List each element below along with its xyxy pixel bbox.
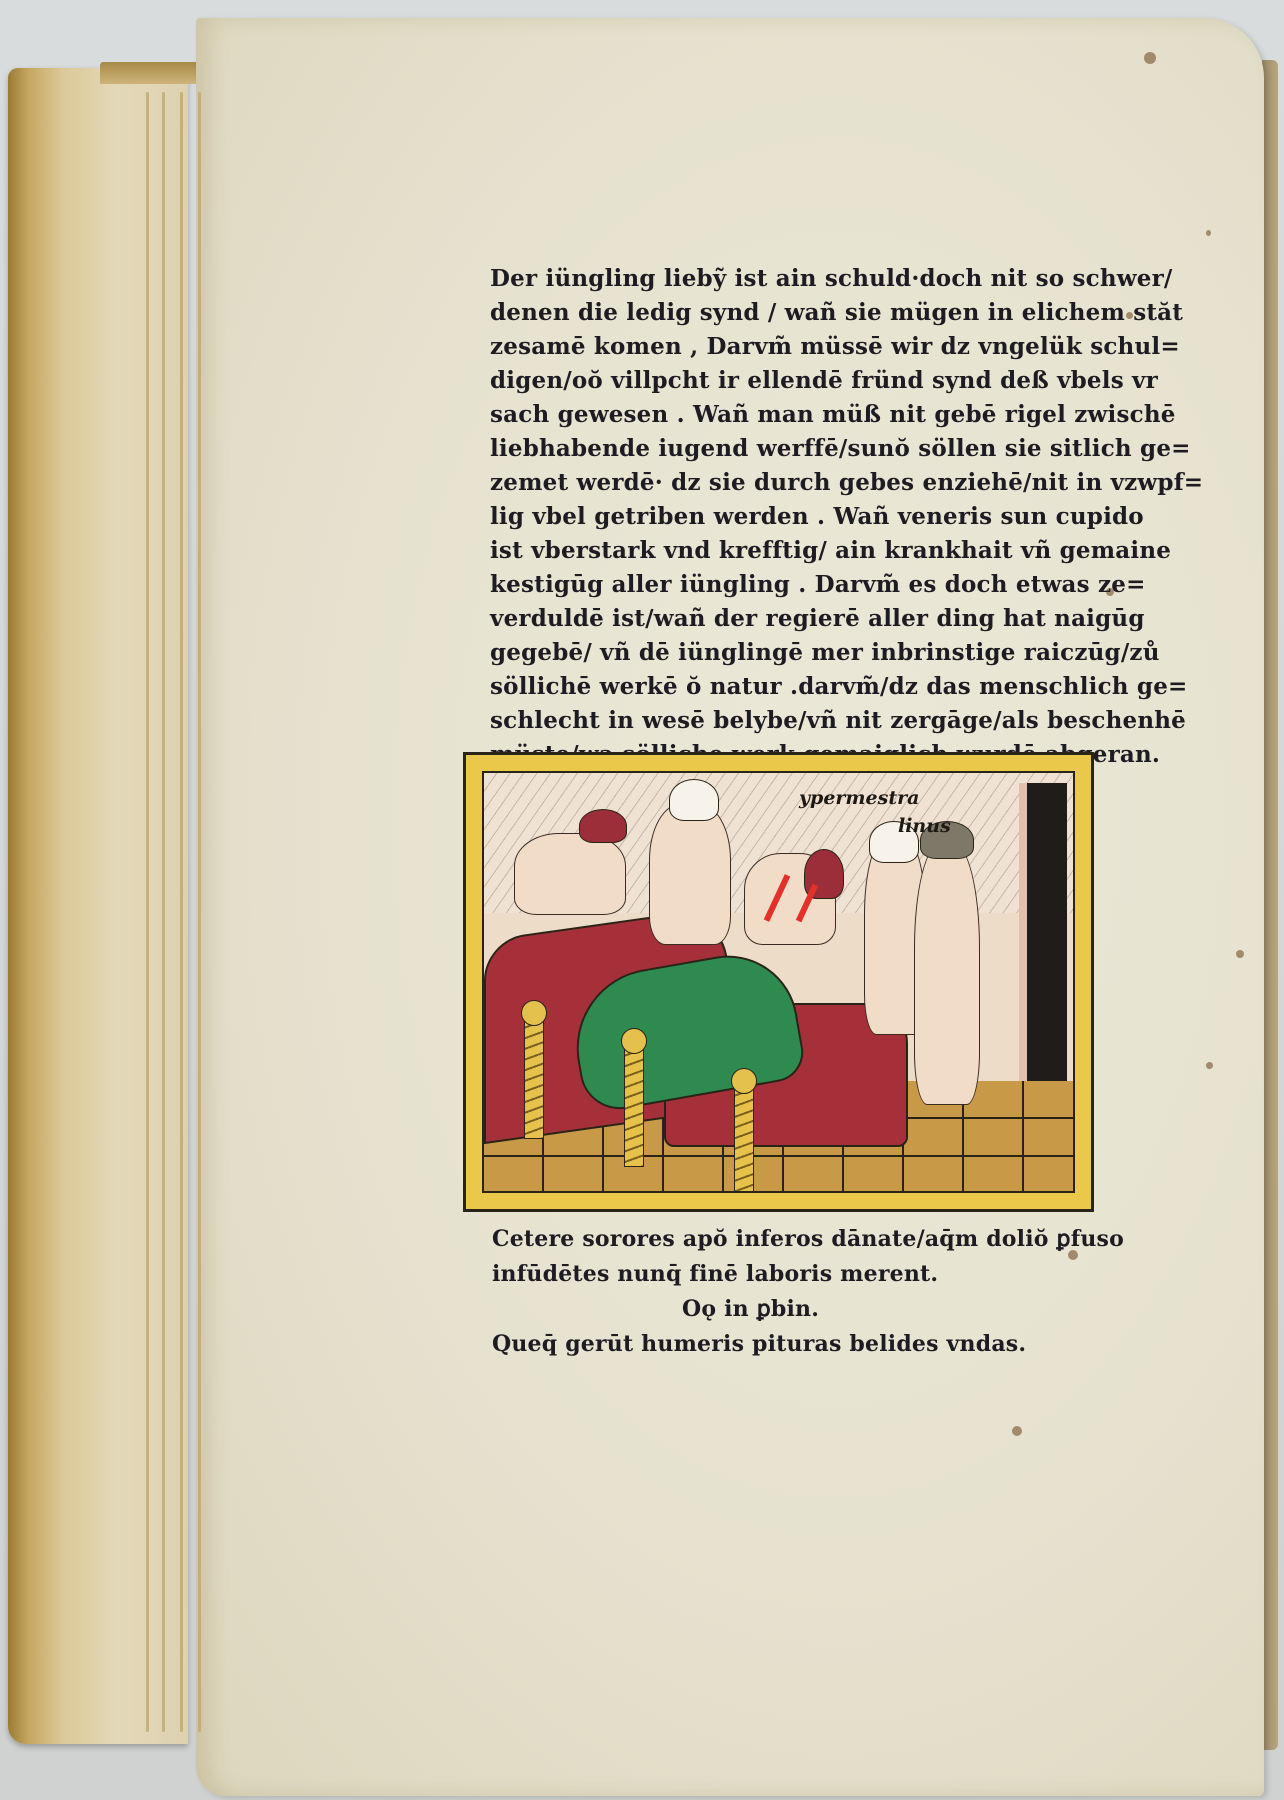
woodcut-scene: ypermestra linus	[482, 771, 1075, 1193]
bedpost	[624, 1045, 644, 1167]
text-line: denen die ledig synd / wañ sie mügen in …	[490, 296, 1110, 330]
foxing-spot	[1206, 1062, 1213, 1069]
bedpost	[524, 1017, 544, 1139]
bedpost	[734, 1085, 754, 1193]
white-headdress	[669, 779, 719, 821]
caption-heading: Oǫ in ꝑbin.	[492, 1292, 1112, 1327]
text-line: zemet werdē· dz sie durch gebes enziehē/…	[490, 466, 1110, 500]
book-right-edge	[1262, 60, 1278, 1750]
text-line: kestigūg aller iüngling . Darvm̃ es doch…	[490, 568, 1110, 602]
text-line: gegebē/ vñ dē iünglingē mer inbrinstige …	[490, 636, 1110, 670]
dark-doorway	[1019, 783, 1067, 1113]
text-line: ist vberstark vnd krefftig/ ain krankhai…	[490, 534, 1110, 568]
body-text: Der iüngling liebỹ ist ain schuld·doch n…	[490, 262, 1110, 772]
woodcut-label-ypermestra: ypermestra	[799, 787, 919, 809]
text-line: Der iüngling liebỹ ist ain schuld·doch n…	[490, 262, 1110, 296]
text-line: verduldē ist/wañ der regierē aller ding …	[490, 602, 1110, 636]
text-line: zesamē komen , Darvm̃ müssē wir dz vngel…	[490, 330, 1110, 364]
woodcut-label-linus: linus	[898, 815, 951, 837]
caption-line: Cetere sorores apŏ inferos dānate/aq̄m d…	[492, 1222, 1112, 1257]
foxing-spot	[1144, 52, 1156, 64]
text-line: lig vbel getriben werden . Wañ veneris s…	[490, 500, 1110, 534]
red-cap	[579, 809, 627, 843]
foxing-spot	[1012, 1426, 1022, 1436]
text-line: liebhabende iugend werffē/sunŏ söllen si…	[490, 432, 1110, 466]
standing-figure-right-2	[914, 843, 980, 1105]
caption-verse: Queq̄ gerūt humeris pituras belides vnda…	[492, 1327, 1112, 1362]
text-line: sach gewesen . Wañ man müß nit gebē rige…	[490, 398, 1110, 432]
foxing-spot	[1206, 230, 1211, 236]
latin-caption: Cetere sorores apŏ inferos dānate/aq̄m d…	[492, 1222, 1112, 1362]
caption-line: infūdētes nunq̄ finē laboris merent.	[492, 1257, 1112, 1292]
reclining-figure	[514, 833, 626, 915]
text-line: söllichē werkē ŏ natur .darvm̃/dz das me…	[490, 670, 1110, 704]
standing-figure-center	[649, 803, 731, 945]
foxing-spot	[1236, 950, 1244, 958]
page-edge-lines	[140, 92, 220, 1732]
woodcut-illustration: ypermestra linus	[463, 752, 1094, 1212]
text-line: schlecht in wesē belybe/vñ nit zergāge/a…	[490, 704, 1110, 738]
text-line: digen/oŏ villpcht ir ellendē fründ synd …	[490, 364, 1110, 398]
